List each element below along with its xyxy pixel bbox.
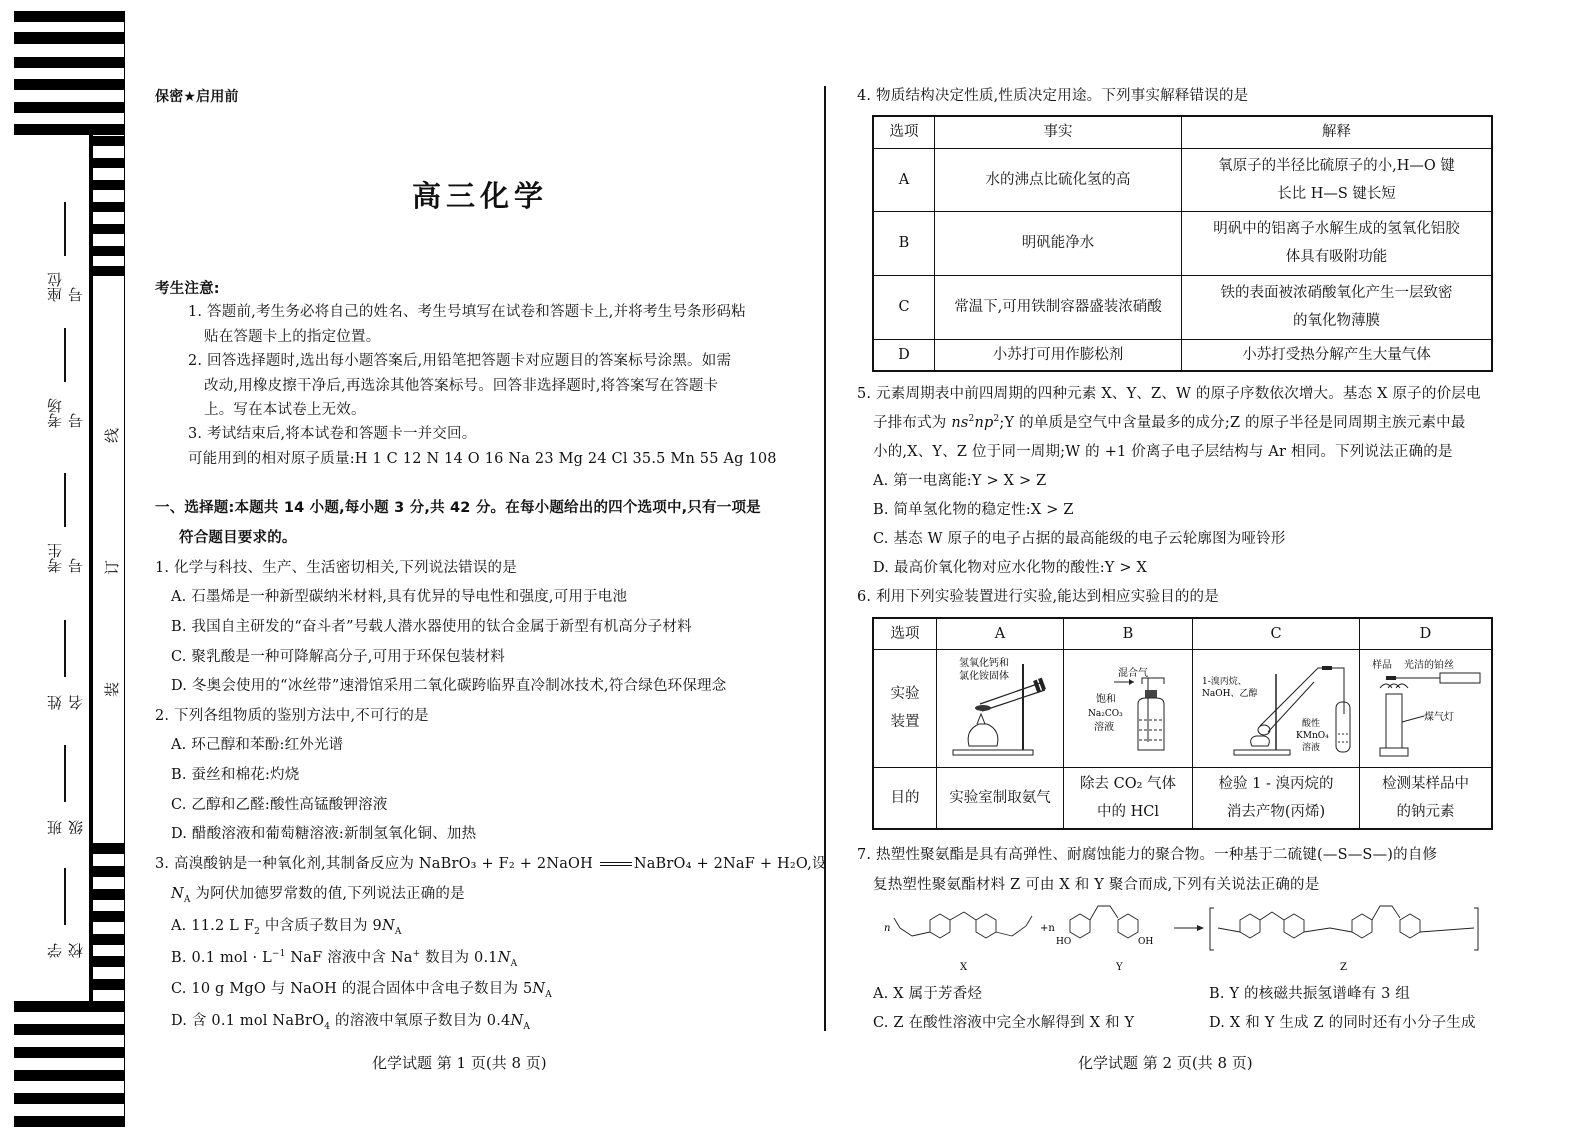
field-label: 学校 <box>44 929 86 958</box>
notice-line: 改动,用橡皮擦干净后,再选涂其他答案标号。回答非选择题时,将答案写在答题卡 <box>204 377 718 395</box>
question-2-option-d[interactable]: D. 醋酸溶液和葡萄糖溶液:新制氢氧化铜、加热 <box>171 825 476 843</box>
stem-text: 3. 高溴酸钠是一种氧化剂,其制备反应为 <box>155 856 419 872</box>
question-2-option-c[interactable]: C. 乙醇和乙醛:酸性高锰酸钾溶液 <box>171 796 388 814</box>
question-6-table: 选项 A B C D 实验装置 氢氧化钙和 氯化铵固体 <box>872 617 1493 830</box>
svg-text:n: n <box>884 923 890 934</box>
notice-line: 上。写在本试卷上无效。 <box>204 401 366 419</box>
explanation-line: 明矾中的铝离子水解生成的氢氧化铝胶 <box>1186 215 1487 243</box>
barcode-stripe <box>14 1047 125 1058</box>
table-row[interactable]: A 水的沸点比硫化氢的高 氧原子的半径比硫原子的小,H—O 键长比 H—S 键长… <box>873 148 1492 211</box>
purpose-row-label: 目的 <box>873 767 937 829</box>
fact-cell: 水的沸点比硫化氢的高 <box>935 148 1182 211</box>
elimination-test-apparatus-icon: 1-溴丙烷、 NaOH、乙醇 酸性 KMnO₄ 溶液 <box>1198 654 1354 762</box>
purpose-b: 除去 CO₂ 气体中的 HCl <box>1064 767 1193 829</box>
apparatus-a[interactable]: 氢氧化钙和 氯化铵固体 <box>937 649 1064 767</box>
question-7-stem-cont: 复热塑性聚氨酯材料 Z 可由 X 和 Y 聚合而成,下列有关说法正确的是 <box>873 876 1319 894</box>
subscript: A <box>523 1022 530 1032</box>
avogadro-symbol: N <box>510 1013 523 1029</box>
explanation-cell: 铁的表面被浓硝酸氧化产生一层致密的氧化物薄膜 <box>1182 275 1493 339</box>
option-cell: C <box>873 275 935 339</box>
question-4-stem: 4. 物质结构决定性质,性质决定用途。下列事实解释错误的是 <box>857 87 1248 105</box>
question-2-stem: 2. 下列各组物质的鉴别方法中,不可行的是 <box>155 707 429 725</box>
option-text: 中含质子数目为 9 <box>260 918 382 934</box>
notice-line: 2. 回答选择题时,选出每小题答案后,用铅笔把答题卡对应题目的答案标号涂黑。如需 <box>188 352 731 370</box>
svg-text:+n: +n <box>1040 923 1055 934</box>
svg-text:酸性: 酸性 <box>1302 717 1320 729</box>
svg-text:饱和: 饱和 <box>1096 692 1116 705</box>
table-header: A <box>937 618 1064 649</box>
question-7-option-c[interactable]: C. Z 在酸性溶液中完全水解得到 X 和 Y <box>873 1014 1134 1032</box>
purpose-line: 的钠元素 <box>1364 798 1487 826</box>
barcode-stripe <box>14 1001 125 1012</box>
question-2-option-b[interactable]: B. 蚕丝和棉花:灼烧 <box>171 766 299 784</box>
purpose-d: 检测某样品中的钠元素 <box>1360 767 1493 829</box>
svg-text:NaOH、乙醇: NaOH、乙醇 <box>1202 687 1257 699</box>
table-row[interactable]: C 常温下,可用铁制容器盛装浓硝酸 铁的表面被浓硝酸氧化产生一层致密的氧化物薄膜 <box>873 275 1492 339</box>
question-3-option-c[interactable]: C. 10 g MgO 与 NaOH 的混合固体中含电子数目为 5NA <box>171 980 552 998</box>
question-1-option-a[interactable]: A. 石墨烯是一种新型碳纳米材料,具有优异的导电性和强度,可用于电池 <box>171 588 627 606</box>
barcode-stripe <box>14 11 125 22</box>
question-1-option-d[interactable]: D. 冬奥会使用的“冰丝带”速滑馆采用二氧化碳跨临界直冷制冰技术,符合绿色环保理… <box>171 677 726 695</box>
column-divider <box>824 86 826 1031</box>
avogadro-symbol: N <box>532 981 545 997</box>
question-3-option-a[interactable]: A. 11.2 L F2 中含质子数目为 9NA <box>171 917 402 935</box>
bind-word-line: 线 <box>104 425 119 446</box>
avogadro-symbol: N <box>498 950 511 966</box>
question-1-option-c[interactable]: C. 聚乳酸是一种可降解高分子,可用于环保包装材料 <box>171 648 505 666</box>
table-header: D <box>1360 618 1493 649</box>
option-text: D. 含 0.1 mol NaBrO <box>171 1013 324 1029</box>
table-header: 解释 <box>1182 116 1493 148</box>
barcode-stripe <box>14 1093 125 1104</box>
option-cell: D <box>873 339 935 371</box>
option-text: 数目为 0.1 <box>420 950 497 966</box>
question-3-stem-cont: NA 为阿伏加德罗常数的值,下列说法正确的是 <box>171 885 465 903</box>
explanation-cell: 小苏打受热分解产生大量气体 <box>1182 339 1493 371</box>
bind-word-bind: 装 <box>104 679 119 700</box>
barcode-stripe <box>14 79 125 90</box>
purpose-line: 除去 CO₂ 气体 <box>1068 770 1188 798</box>
notice-line: 1. 答题前,考生务必将自己的姓名、考生号填写在试卷和答题卡上,并将考生号条形码… <box>188 303 746 321</box>
equation-lhs: NaBrO₃ + F₂ + 2NaOH <box>419 856 593 872</box>
flame-test-apparatus-icon: 样品 光洁的铂丝 煤气灯 <box>1366 654 1486 762</box>
stem-text: 子排布式为 <box>873 415 951 431</box>
purpose-a: 实验室制取氨气 <box>937 767 1064 829</box>
question-5-option-b[interactable]: B. 简单氢化物的稳定性:X > Z <box>873 501 1074 519</box>
purpose-line: 消去产物(丙烯) <box>1197 798 1355 826</box>
barcode-stripe <box>14 1070 125 1081</box>
page-1-footer: 化学试题 第 1 页(共 8 页) <box>372 1052 547 1073</box>
table-row[interactable]: B 明矾能净水 明矾中的铝离子水解生成的氢氧化铝胶体具有吸附功能 <box>873 211 1492 275</box>
svg-text:X: X <box>960 962 968 973</box>
question-4-table: 选项 事实 解释 A 水的沸点比硫化氢的高 氧原子的半径比硫原子的小,H—O 键… <box>872 115 1493 372</box>
svg-text:KMnO₄: KMnO₄ <box>1296 731 1329 741</box>
fact-cell: 常温下,可用铁制容器盛装浓硝酸 <box>935 275 1182 339</box>
explanation-cell: 氧原子的半径比硫原子的小,H—O 键长比 H—S 键长短 <box>1182 148 1493 211</box>
name-field[interactable]: 姓名 <box>44 620 86 710</box>
barcode-stripe <box>92 224 125 234</box>
explanation-line: 氧原子的半径比硫原子的小,H—O 键 <box>1186 152 1487 180</box>
question-1-stem: 1. 化学与科技、生产、生活密切相关,下列说法错误的是 <box>155 559 517 577</box>
candidate-number-field[interactable]: 考生号 <box>44 473 86 573</box>
svg-text:样品: 样品 <box>1372 658 1392 671</box>
question-7-stem: 7. 热塑性聚氨酯是具有高弹性、耐腐蚀能力的聚合物。一种基于二硫键(—S—S—)… <box>857 846 1437 864</box>
svg-text:Z: Z <box>1340 962 1347 973</box>
table-header: C <box>1193 618 1360 649</box>
question-3-option-d[interactable]: D. 含 0.1 mol NaBrO4 的溶液中氧原子数目为 0.4NA <box>171 1012 530 1030</box>
question-7-option-d[interactable]: D. X 和 Y 生成 Z 的同时还有小分子生成 <box>1209 1014 1476 1032</box>
question-6-stem: 6. 利用下列实验装置进行实验,能达到相应实验目的的是 <box>857 588 1219 606</box>
exam-room-field[interactable]: 考场号 <box>44 328 86 428</box>
purpose-line: 检验 1 - 溴丙烷的 <box>1197 770 1355 798</box>
label-line: 实验 <box>878 680 932 708</box>
apparatus-d[interactable]: 样品 光洁的铂丝 煤气灯 <box>1360 649 1493 767</box>
subscript: A <box>545 990 552 1000</box>
svg-text:Na₂CO₃: Na₂CO₃ <box>1088 709 1123 719</box>
barcode-stripe <box>14 32 125 44</box>
option-text: NaF 溶液中含 Na <box>286 950 413 966</box>
confidential-label: 保密★启用前 <box>155 88 239 106</box>
subscript: A <box>511 959 518 969</box>
stem-text: 为阿伏加德罗常数的值,下列说法正确的是 <box>191 886 465 902</box>
svg-text:光洁的铂丝: 光洁的铂丝 <box>1404 658 1454 671</box>
table-header: 选项 <box>873 618 937 649</box>
bind-word-staple: 订 <box>104 557 119 578</box>
barcode-stripe <box>92 246 125 256</box>
atomic-masses-label: 可能用到的相对原子质量: <box>188 451 355 467</box>
question-5-option-d[interactable]: D. 最高价氧化物对应水化物的酸性:Y > X <box>873 559 1147 577</box>
seat-number-field[interactable]: 座位号 <box>44 202 86 302</box>
barcode-stripe <box>14 102 125 113</box>
svg-text:溶液: 溶液 <box>1094 720 1114 733</box>
explanation-line: 铁的表面被浓硝酸氧化产生一层致密 <box>1186 279 1487 307</box>
stem-text: ;Y 的单质是空气中含量最多的成分;Z 的原子半径是同周期主族元素中最 <box>999 415 1465 431</box>
barcode-stripe <box>92 979 125 990</box>
apparatus-row-label: 实验装置 <box>873 649 937 767</box>
question-3-stem: 3. 高溴酸钠是一种氧化剂,其制备反应为 NaBrO₃ + F₂ + 2NaOH… <box>155 855 827 873</box>
barcode-stripe <box>14 1024 125 1035</box>
question-7-option-b[interactable]: B. Y 的核磁共振氢谱峰有 3 组 <box>1209 985 1410 1003</box>
barcode-stripe <box>92 202 125 212</box>
purpose-line: 中的 HCl <box>1068 798 1188 826</box>
explanation-line: 的氧化物薄膜 <box>1186 307 1487 335</box>
question-3-option-b[interactable]: B. 0.1 mol · L−1 NaF 溶液中含 Na+ 数目为 0.1NA <box>171 949 517 967</box>
barcode-stripe <box>92 956 125 967</box>
table-row[interactable]: D 小苏打可用作膨松剂 小苏打受热分解产生大量气体 <box>873 339 1492 371</box>
atomic-masses: 可能用到的相对原子质量:H 1 C 12 N 14 O 16 Na 23 Mg … <box>188 450 777 468</box>
section-heading: 一、选择题:本题共 14 小题,每小题 3 分,共 42 分。在每小题给出的四个… <box>155 499 761 517</box>
subscript: A <box>395 927 402 937</box>
svg-text:OH: OH <box>1138 937 1153 947</box>
atomic-masses-values: H 1 C 12 N 14 O 16 Na 23 Mg 24 Cl 35.5 M… <box>355 451 777 467</box>
svg-text:Y: Y <box>1115 962 1123 973</box>
field-label: 考生号 <box>44 531 86 573</box>
purpose-c: 检验 1 - 溴丙烷的消去产物(丙烯) <box>1193 767 1360 829</box>
equals-sign <box>600 862 632 866</box>
barcode-stripe <box>92 180 125 190</box>
fact-cell: 小苏打可用作膨松剂 <box>935 339 1182 371</box>
option-text: B. 0.1 mol · L <box>171 950 272 966</box>
apparatus-c[interactable]: 1-溴丙烷、 NaOH、乙醇 酸性 KMnO₄ 溶液 <box>1193 649 1360 767</box>
svg-text:混合气: 混合气 <box>1118 666 1148 679</box>
question-5-stem-cont: 子排布式为 ns2np2;Y 的单质是空气中含量最多的成分;Z 的原子半径是同周… <box>873 414 1466 432</box>
field-label: 班级 <box>44 806 86 835</box>
svg-text:HO: HO <box>1056 937 1071 947</box>
fact-cell: 明矾能净水 <box>935 211 1182 275</box>
field-label: 考场号 <box>44 386 86 428</box>
barcode-stripe <box>92 158 125 168</box>
explanation-line: 体具有吸附功能 <box>1186 243 1487 271</box>
notice-heading: 考生注意: <box>155 280 220 298</box>
gas-washing-bottle-icon: 混合气 饱和 Na₂CO₃ 溶液 <box>1072 654 1184 762</box>
svg-text:氯化铵固体: 氯化铵固体 <box>959 669 1009 682</box>
option-cell: B <box>873 211 935 275</box>
option-text: A. 11.2 L F <box>171 918 254 934</box>
question-5-stem: 5. 元素周期表中前四周期的四种元素 X、Y、Z、W 的原子序数依次增大。基态 … <box>857 385 1481 403</box>
page-2-footer: 化学试题 第 2 页(共 8 页) <box>1078 1052 1253 1073</box>
explanation-line: 长比 H—S 键长短 <box>1186 180 1487 208</box>
barcode-stripe <box>92 866 125 877</box>
barcode-stripe <box>92 889 125 900</box>
notice-line: 3. 考试结束后,将本试卷和答题卡一并交回。 <box>188 425 476 443</box>
barcode-stripe <box>92 911 125 922</box>
ammonia-prep-apparatus-icon: 氢氧化钙和 氯化铵固体 <box>945 654 1055 762</box>
option-cell: A <box>873 148 935 211</box>
field-label: 姓名 <box>44 681 86 710</box>
avogadro-symbol: N <box>382 918 395 934</box>
notice-line: 贴在答题卡上的指定位置。 <box>204 328 380 346</box>
barcode-stripe <box>92 136 125 146</box>
page-title: 高三化学 <box>412 174 548 215</box>
explanation-cell: 明矾中的铝离子水解生成的氢氧化铝胶体具有吸附功能 <box>1182 211 1493 275</box>
barcode-stripe <box>14 57 125 68</box>
option-text: C. 10 g MgO 与 NaOH 的混合固体中含电子数目为 5 <box>171 981 532 997</box>
svg-text:氢氧化钙和: 氢氧化钙和 <box>959 656 1009 669</box>
apparatus-b[interactable]: 混合气 饱和 Na₂CO₃ 溶液 <box>1064 649 1193 767</box>
field-label: 座位号 <box>44 260 86 302</box>
avogadro-symbol: N <box>171 886 184 902</box>
question-2-option-a[interactable]: A. 环己醇和苯酚:红外光谱 <box>171 736 343 754</box>
question-5-option-a[interactable]: A. 第一电离能:Y > X > Z <box>873 472 1046 490</box>
barcode-stripe <box>14 1116 125 1127</box>
table-header: 选项 <box>873 116 935 148</box>
label-line: 装置 <box>878 708 932 736</box>
school-field[interactable]: 学校 <box>44 868 86 958</box>
class-field[interactable]: 班级 <box>44 745 86 835</box>
table-header: B <box>1064 618 1193 649</box>
barcode-stripe <box>92 934 125 945</box>
option-text: 的溶液中氧原子数目为 0.4 <box>330 1013 510 1029</box>
svg-text:溶液: 溶液 <box>1302 741 1320 753</box>
svg-text:煤气灯: 煤气灯 <box>1424 710 1454 723</box>
polymerization-reaction-scheme-icon: n +n X HO OH Y Z <box>880 898 1490 978</box>
barcode-stripe <box>92 843 125 854</box>
section-heading-cont: 符合题目要求的。 <box>179 529 297 547</box>
subscript: A <box>184 895 191 905</box>
question-7-option-a[interactable]: A. X 属于芳香烃 <box>873 985 982 1003</box>
equation-rhs: NaBrO₄ + 2NaF + H₂O <box>634 856 807 872</box>
question-5-stem-cont: 小的,X、Y、Z 位于同一周期;W 的 +1 价离子电子层结构与 Ar 相同。下… <box>873 443 1453 461</box>
question-5-option-c[interactable]: C. 基态 W 原子的电子占据的最高能级的电子云轮廓图为哑铃形 <box>873 530 1286 548</box>
barcode-stripe <box>92 266 125 276</box>
question-1-option-b[interactable]: B. 我国自主研发的“奋斗者”号载人潜水器使用的钛合金属于新型有机高分子材料 <box>171 618 692 636</box>
table-header: 事实 <box>935 116 1182 148</box>
barcode-stripe <box>14 124 125 135</box>
svg-text:1-溴丙烷、: 1-溴丙烷、 <box>1202 675 1247 687</box>
purpose-line: 检测某样品中 <box>1364 770 1487 798</box>
